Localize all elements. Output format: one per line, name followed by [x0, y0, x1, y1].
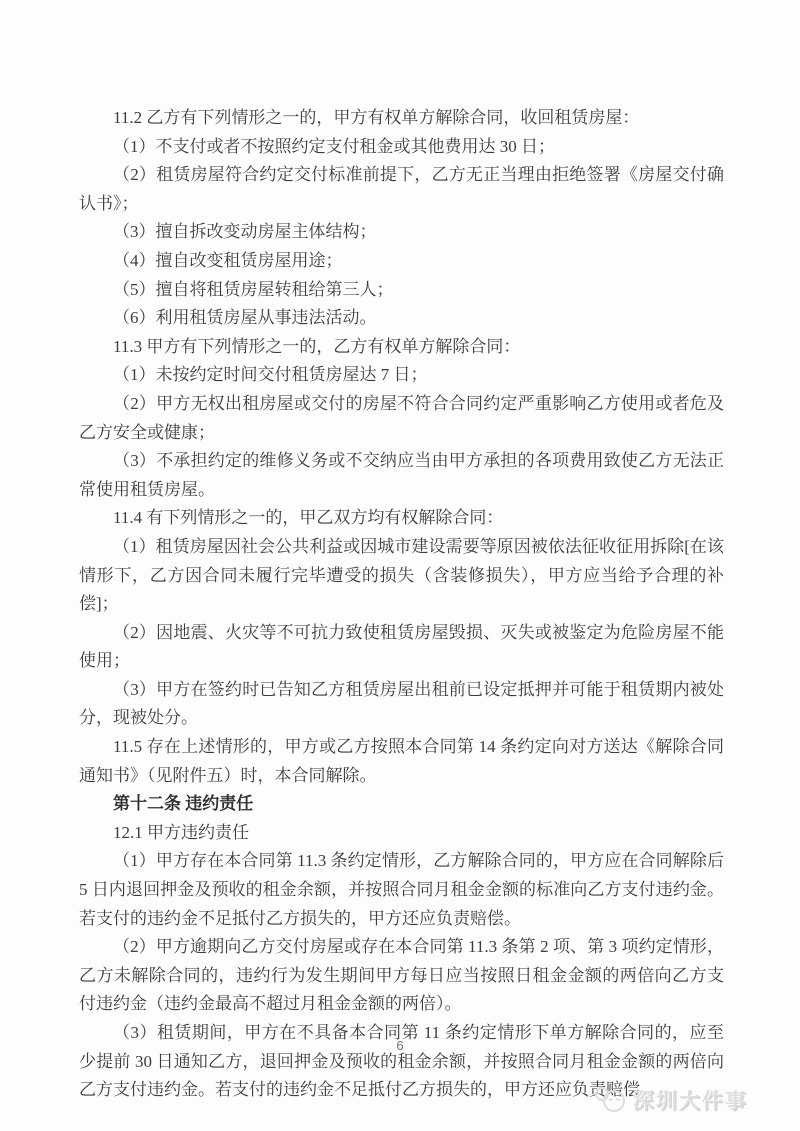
watermark: 深圳大件事: [593, 1085, 748, 1115]
contract-paragraph: （3）擅自拆改变动房屋主体结构；: [79, 218, 724, 247]
contract-body: 11.2 乙方有下列情形之一的，甲方有权单方解除合同，收回租赁房屋： （1）不支…: [79, 104, 724, 1105]
contract-paragraph: （3）不承担约定的维修义务或不交纳应当由甲方承担的各项费用致使乙方无法正常使用租…: [79, 447, 724, 504]
contract-paragraph: （1）甲方存在本合同第 11.3 条约定情形，乙方解除合同的，甲方应在合同解除后…: [79, 847, 724, 933]
contract-paragraph: （5）擅自将租赁房屋转租给第三人；: [79, 276, 724, 305]
contract-paragraph: （2）租赁房屋符合约定交付标准前提下，乙方无正当理由拒绝签署《房屋交付确认书》；: [79, 161, 724, 218]
watermark-text: 深圳大件事: [633, 1085, 748, 1115]
contract-paragraph: （2）甲方逾期向乙方交付房屋或存在本合同第 11.3 条第 2 项、第 3 项约…: [79, 933, 724, 1019]
contract-paragraph: （1）未按约定时间交付租赁房屋达 7 日；: [79, 361, 724, 390]
contract-paragraph: （1）不支付或者不按照约定支付租金或其他费用达 30 日；: [79, 133, 724, 162]
face-bubble-logo-icon: [593, 1086, 627, 1114]
contract-paragraph: （2）因地震、火灾等不可抗力致使租赁房屋毁损、灭失或被鉴定为危险房屋不能使用；: [79, 619, 724, 676]
contract-paragraph: （1）租赁房屋因社会公共利益或因城市建设需要等原因被依法征收征用拆除[在该情形下…: [79, 533, 724, 619]
contract-paragraph: 11.2 乙方有下列情形之一的，甲方有权单方解除合同，收回租赁房屋：: [79, 104, 724, 133]
contract-paragraph: （4）擅自改变租赁房屋用途；: [79, 247, 724, 276]
contract-paragraph: 11.5 存在上述情形的，甲方或乙方按照本合同第 14 条约定向对方送达《解除合…: [79, 733, 724, 790]
contract-paragraph: 11.4 有下列情形之一的，甲乙双方均有权解除合同：: [79, 504, 724, 533]
contract-paragraph: （2）甲方无权出租房屋或交付的房屋不符合合同约定严重影响乙方使用或者危及乙方安全…: [79, 390, 724, 447]
contract-paragraph: （6）利用租赁房屋从事违法活动。: [79, 304, 724, 333]
contract-page: 11.2 乙方有下列情形之一的，甲方有权单方解除合同，收回租赁房屋： （1）不支…: [0, 0, 800, 1131]
contract-paragraph: 11.3 甲方有下列情形之一的，乙方有权单方解除合同：: [79, 333, 724, 362]
section-heading-article-12: 第十二条 违约责任: [79, 790, 724, 819]
page-number: 6: [0, 1038, 800, 1053]
contract-paragraph: （3）甲方在签约时已告知乙方租赁房屋出租前已设定抵押并可能于租赁期内被处分，现被…: [79, 676, 724, 733]
contract-paragraph: 12.1 甲方违约责任: [79, 819, 724, 848]
